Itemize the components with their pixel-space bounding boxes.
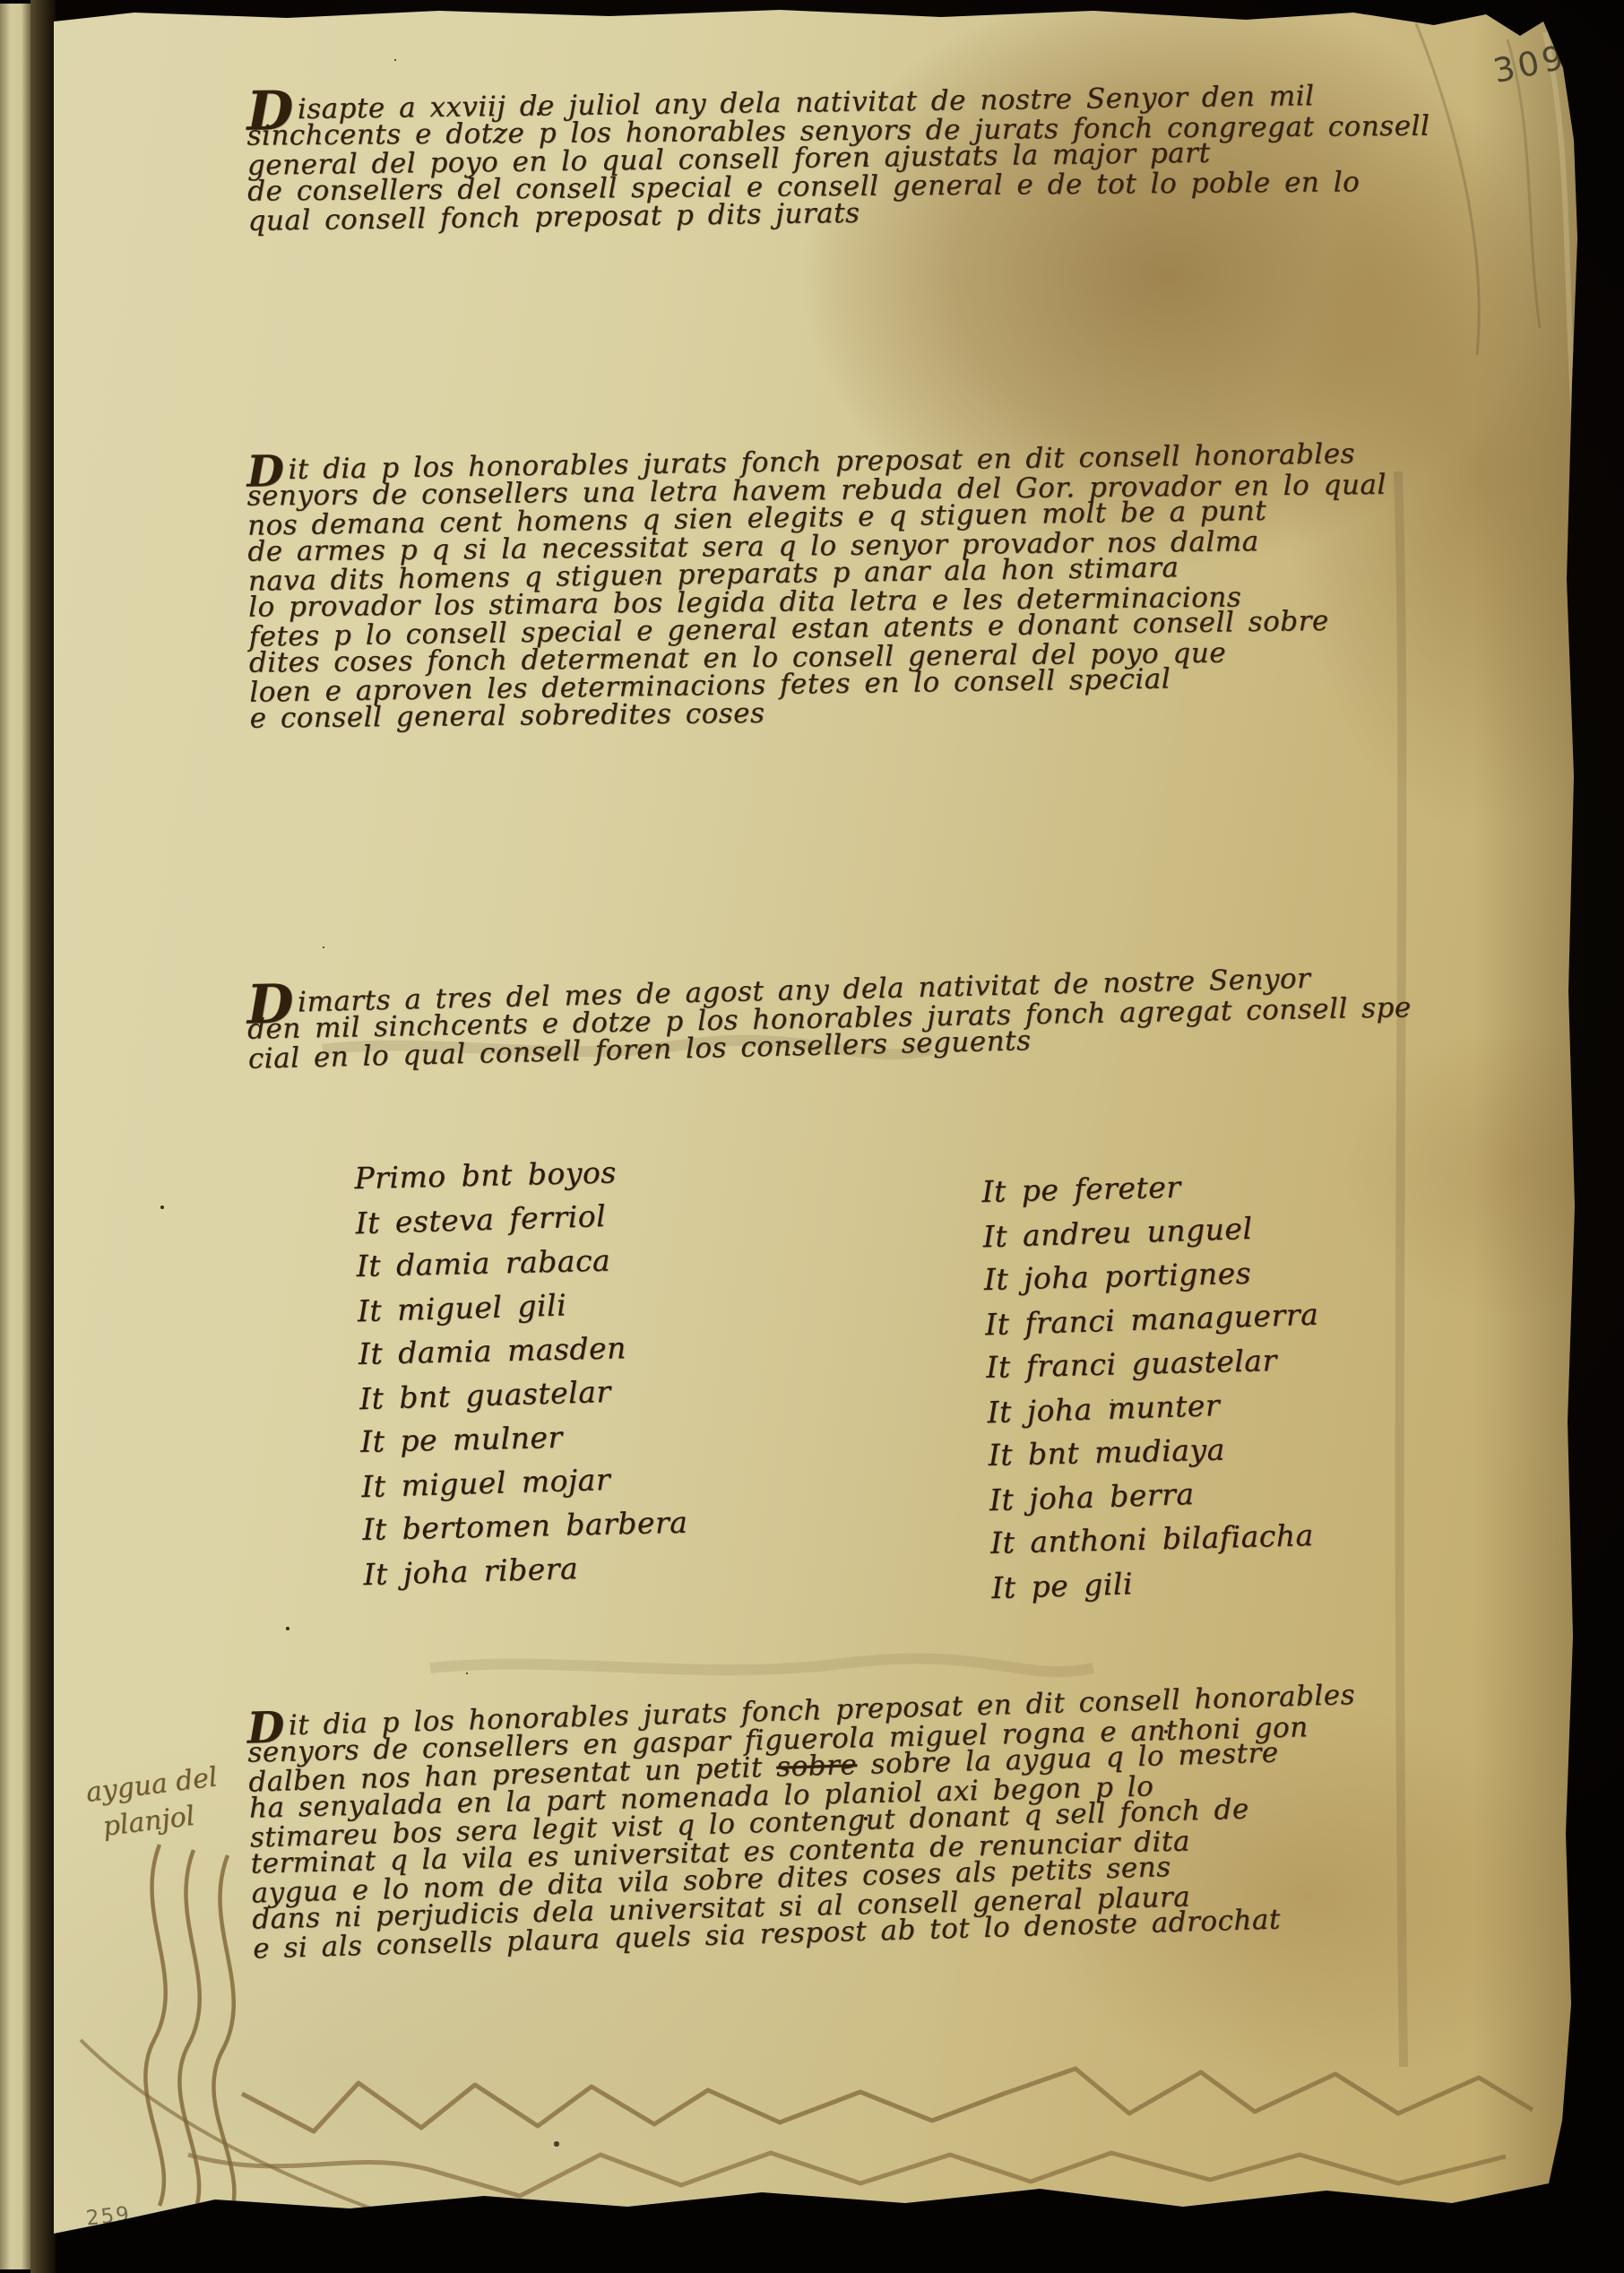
- margin-note: aygua del planjol: [84, 1759, 224, 1846]
- pencil-folio-number: 259: [85, 2202, 132, 2230]
- bleed-through: [430, 1658, 1093, 1672]
- previous-leaf-edge: [0, 4, 30, 2269]
- flourish-wave: [188, 2153, 1506, 2196]
- margin-squiggle: [213, 1855, 234, 2212]
- attendee-row: It pe gili: [991, 1560, 1326, 1614]
- attendee-list-left: Primo bnt boyos It esteva ferriol It dam…: [354, 1154, 689, 1600]
- paragraph-3: Dimarts a tres del mes de agost any dela…: [246, 957, 1412, 1065]
- paragraph-4: Dit dia p los honorables jurats fonch pr…: [246, 1674, 1361, 1953]
- paragraph-1: Disapte a xxviij de juliol any dela nati…: [246, 75, 1430, 227]
- manuscript-page: 309 Disapte a xxviij de juliol any dela …: [54, 5, 1579, 2241]
- paragraph-2: Dit dia p los honorables jurats fonch pr…: [246, 434, 1389, 726]
- binding-groove: [30, 0, 56, 2273]
- margin-squiggle: [145, 1845, 165, 2206]
- flourish-zigzag: [1004, 2069, 1533, 2113]
- folio-number: 309: [1490, 38, 1570, 91]
- attendee-row: It joha ribera: [363, 1547, 689, 1601]
- margin-squiggle: [179, 1850, 199, 2210]
- flourish-tail: [81, 2040, 376, 2219]
- flourish-zigzag: [242, 2083, 1004, 2131]
- vertical-crease: [1398, 471, 1404, 2067]
- fold-highlight: [1545, 32, 1574, 418]
- attendee-list-right: It pe fereter It andreu unguel It joha p…: [981, 1166, 1326, 1613]
